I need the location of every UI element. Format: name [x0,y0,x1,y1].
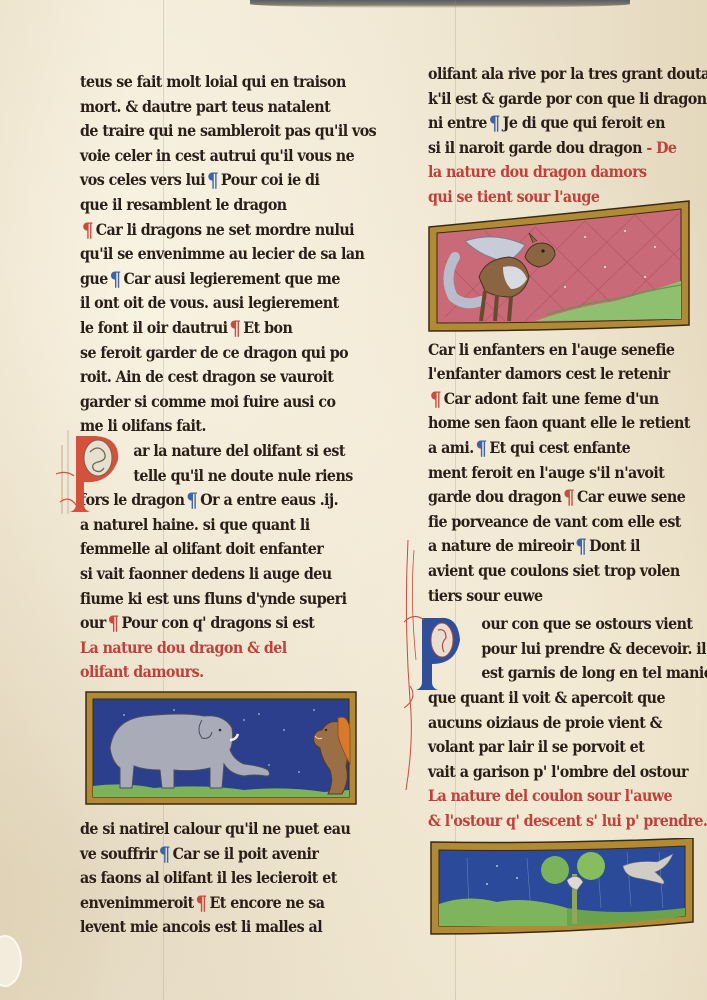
line-text: ar la nature del olifant si est [133,441,345,460]
line-text-after-mark: Car ausi legierement que me [124,269,340,288]
line-text: qu'il se envenimme au lecier de sa lan [80,244,364,263]
line-text: femmelle al olifant doit enfanter [80,539,323,558]
text-line: femmelle al olifant doit enfanter [80,537,323,562]
initial-p-glyph [56,430,130,514]
line-text: de si natirel calour qu'il ne puet eau [80,819,350,838]
line-text: telle qu'il ne doute nule riens [133,466,352,485]
line-text: garde dou dragon [428,487,561,506]
rubric-line: & l'ostour q' descent s' lui p' prendre. [428,809,707,834]
paragraph-mark-icon: ¶ [229,318,240,338]
miniature-dragon-in-water [425,197,691,335]
text-line: fiume ki est uns fluns d'ynde superi [80,587,346,612]
line-text-after-mark: Et encore ne sa [209,893,324,912]
decorated-initial-p-left [56,430,130,518]
rubric-text: - De [642,138,677,157]
text-line: avient que coulons siet trop volen [428,559,680,584]
miniature-dove-and-falcon [427,838,697,938]
text-line: olifant ala rive por la tres grant douta… [428,62,707,87]
paragraph-mark-icon: ¶ [82,220,93,240]
line-text: vait a garison p' l'ombre del ostour [428,762,688,781]
text-line: ¶Car adont fait une feme d'un [428,387,659,412]
text-line: le font il oir dautrui¶Et bon [80,316,292,341]
text-line: voie celer in cest autrui qu'il vous ne [80,144,354,169]
rubric-line: la nature dou dragon damors [428,160,647,185]
text-line: vait a garison p' l'ombre del ostour [428,760,688,785]
text-line: garde dou dragon¶Car euwe sene [428,485,685,510]
rubric-line: La nature dou dragon & del [80,636,287,661]
text-line: il ont oit de vous. ausi legierement [80,291,339,316]
paragraph-mark-icon: ¶ [110,269,121,289]
line-text-after-mark: Pour con q' dragons si est [122,613,315,632]
line-text: olifant ala rive por la tres grant douta… [428,64,707,83]
line-text: que il resamblent le dragon [80,195,287,214]
line-text: Car li enfanters en l'auge senefie [428,340,674,359]
text-line: ¶Car li dragons ne set mordre nului [80,218,354,243]
line-text: ni entre [428,113,487,132]
line-text: La nature del coulon sour l'auwe [428,786,672,805]
text-line: fie porveance de vant com elle est [428,510,681,535]
rubric-line: La nature del coulon sour l'auwe [428,784,672,809]
text-line: ve souffrir¶Car se il poit avenir [80,842,318,867]
line-text: voie celer in cest autrui qu'il vous ne [80,146,354,165]
line-text-after-mark: Dont il [589,536,640,555]
text-line: Car li enfanters en l'auge senefie [428,338,674,363]
paragraph-mark-icon: ¶ [108,613,119,633]
text-line: roit. Ain de cest dragon se vauroit [80,365,333,390]
text-line: garder si comme moi fuire ausi co [80,390,336,415]
line-text: garder si comme moi fuire ausi co [80,392,336,411]
text-line: qu'il se envenimme au lecier de sa lan [80,242,364,267]
text-line: si il naroit garde dou dragon - De [428,136,676,161]
line-text: roit. Ain de cest dragon se vauroit [80,367,333,386]
text-line: our con que se ostours vient [428,612,692,637]
line-text: our [80,613,106,632]
line-text: teus se fait molt loial qui en traison [80,72,346,91]
text-line: volant par lair il se porvoit et [428,735,644,760]
line-text-after-mark: Car adont fait une feme d'un [444,389,659,408]
text-line: our¶Pour con q' dragons si est [80,611,314,636]
text-line: mort. & dautre part teus natalent [80,95,330,120]
rubric-line: olifant damours. [80,660,203,685]
line-text-after-mark: Pour coi ie di [221,170,319,189]
line-text: que quant il voit & apercoit que [428,688,665,707]
line-text: pour lui prendre & decevoir. il [481,639,706,658]
text-line: que quant il voit & apercoit que [428,686,665,711]
text-line: gue¶Car ausi legierement que me [80,267,340,292]
line-text: le font il oir dautrui [80,318,228,337]
text-line: envenimmeroit¶Et encore ne sa [80,891,324,916]
text-line: teus se fait molt loial qui en traison [80,70,346,95]
line-text: fiume ki est uns fluns d'ynde superi [80,589,346,608]
line-text: il ont oit de vous. ausi legierement [80,293,339,312]
line-text: a ami. [428,438,474,457]
line-text-after-mark: Et bon [243,318,292,337]
line-text: mort. & dautre part teus natalent [80,97,330,116]
line-text: vos celes vers lui [80,170,205,189]
line-text: est garnis de long en tel maniere [481,663,707,682]
line-text-after-mark: Car euwe sene [577,487,685,506]
line-text-after-mark: Je di que qui feroit en [503,113,665,132]
line-text: gue [80,269,108,288]
paragraph-mark-icon: ¶ [159,844,170,864]
line-text: ment feroit en l'auge s'il n'avoit [428,463,664,482]
line-text-after-mark: Et qui cest enfante [489,438,630,457]
text-line: que il resamblent le dragon [80,193,287,218]
miniature-elephant-and-dragon [84,690,364,808]
text-line: de traire qui ne sambleroit pas qu'il vo… [80,119,376,144]
line-text: de traire qui ne sambleroit pas qu'il vo… [80,121,376,140]
line-text-after-mark: Or a entre eaus .ij. [200,490,338,509]
line-text: & l'ostour q' descent s' lui p' prendre. [428,811,707,830]
line-text: fie porveance de vant com elle est [428,512,681,531]
text-line: k'il est & garde por con que li dragons [428,87,707,112]
line-text: as faons al olifant il les lecieroit et [80,868,337,887]
text-line: est garnis de long en tel maniere [428,661,707,686]
line-text: avient que coulons siet trop volen [428,561,680,580]
line-text: levent mie ancois est li malles al [80,917,322,936]
text-line: a ami.¶Et qui cest enfante [428,436,630,461]
text-line: aucuns oiziaus de proie vient & [428,711,662,736]
paragraph-mark-icon: ¶ [196,893,207,913]
paragraph-mark-icon: ¶ [186,490,197,510]
line-text: si il naroit garde dou dragon [428,138,642,157]
line-text: se feroit garder de ce dragon qui po [80,343,348,362]
line-text: envenimmeroit [80,893,194,912]
text-line: si vait faonner dedens li auge deu [80,562,332,587]
line-text: La nature dou dragon & del [80,638,287,657]
paragraph-mark-icon: ¶ [489,113,500,133]
text-line: de si natirel calour qu'il ne puet eau [80,817,350,842]
paragraph-mark-icon: ¶ [563,487,574,507]
text-line: pour lui prendre & decevoir. il [428,637,706,662]
line-text: k'il est & garde por con que li dragons [428,89,707,108]
line-text: ve souffrir [80,844,157,863]
text-line: vos celes vers lui¶Pour coi ie di [80,168,319,193]
text-line: ment feroit en l'auge s'il n'avoit [428,461,664,486]
line-text: l'enfanter damors cest le retenir [428,364,670,383]
text-line: l'enfanter damors cest le retenir [428,362,670,387]
line-text: home sen faon quant elle le retient [428,413,690,432]
line-text: la nature dou dragon damors [428,162,647,181]
line-text: si vait faonner dedens li auge deu [80,564,332,583]
page-top-shadow [250,0,630,8]
line-text: olifant damours. [80,662,203,681]
line-text: aucuns oiziaus de proie vient & [428,713,662,732]
line-text: volant par lair il se porvoit et [428,737,644,756]
line-text-after-mark: Car li dragons ne set mordre nului [96,220,354,239]
text-line: as faons al olifant il les lecieroit et [80,866,337,891]
paragraph-mark-icon: ¶ [207,170,218,190]
line-text-after-mark: Car se il poit avenir [173,844,319,863]
text-line: home sen faon quant elle le retient [428,411,690,436]
initial-p-glyph [400,540,460,790]
text-line: ni entre¶Je di que qui feroit en [428,111,665,136]
text-line: se feroit garder de ce dragon qui po [80,341,348,366]
paragraph-mark-icon: ¶ [475,438,486,458]
decorated-initial-p-right [400,540,460,794]
text-line: levent mie ancois est li malles al [80,915,322,940]
paragraph-mark-icon: ¶ [575,536,586,556]
paragraph-mark-icon: ¶ [430,389,441,409]
line-text: our con que se ostours vient [481,614,692,633]
